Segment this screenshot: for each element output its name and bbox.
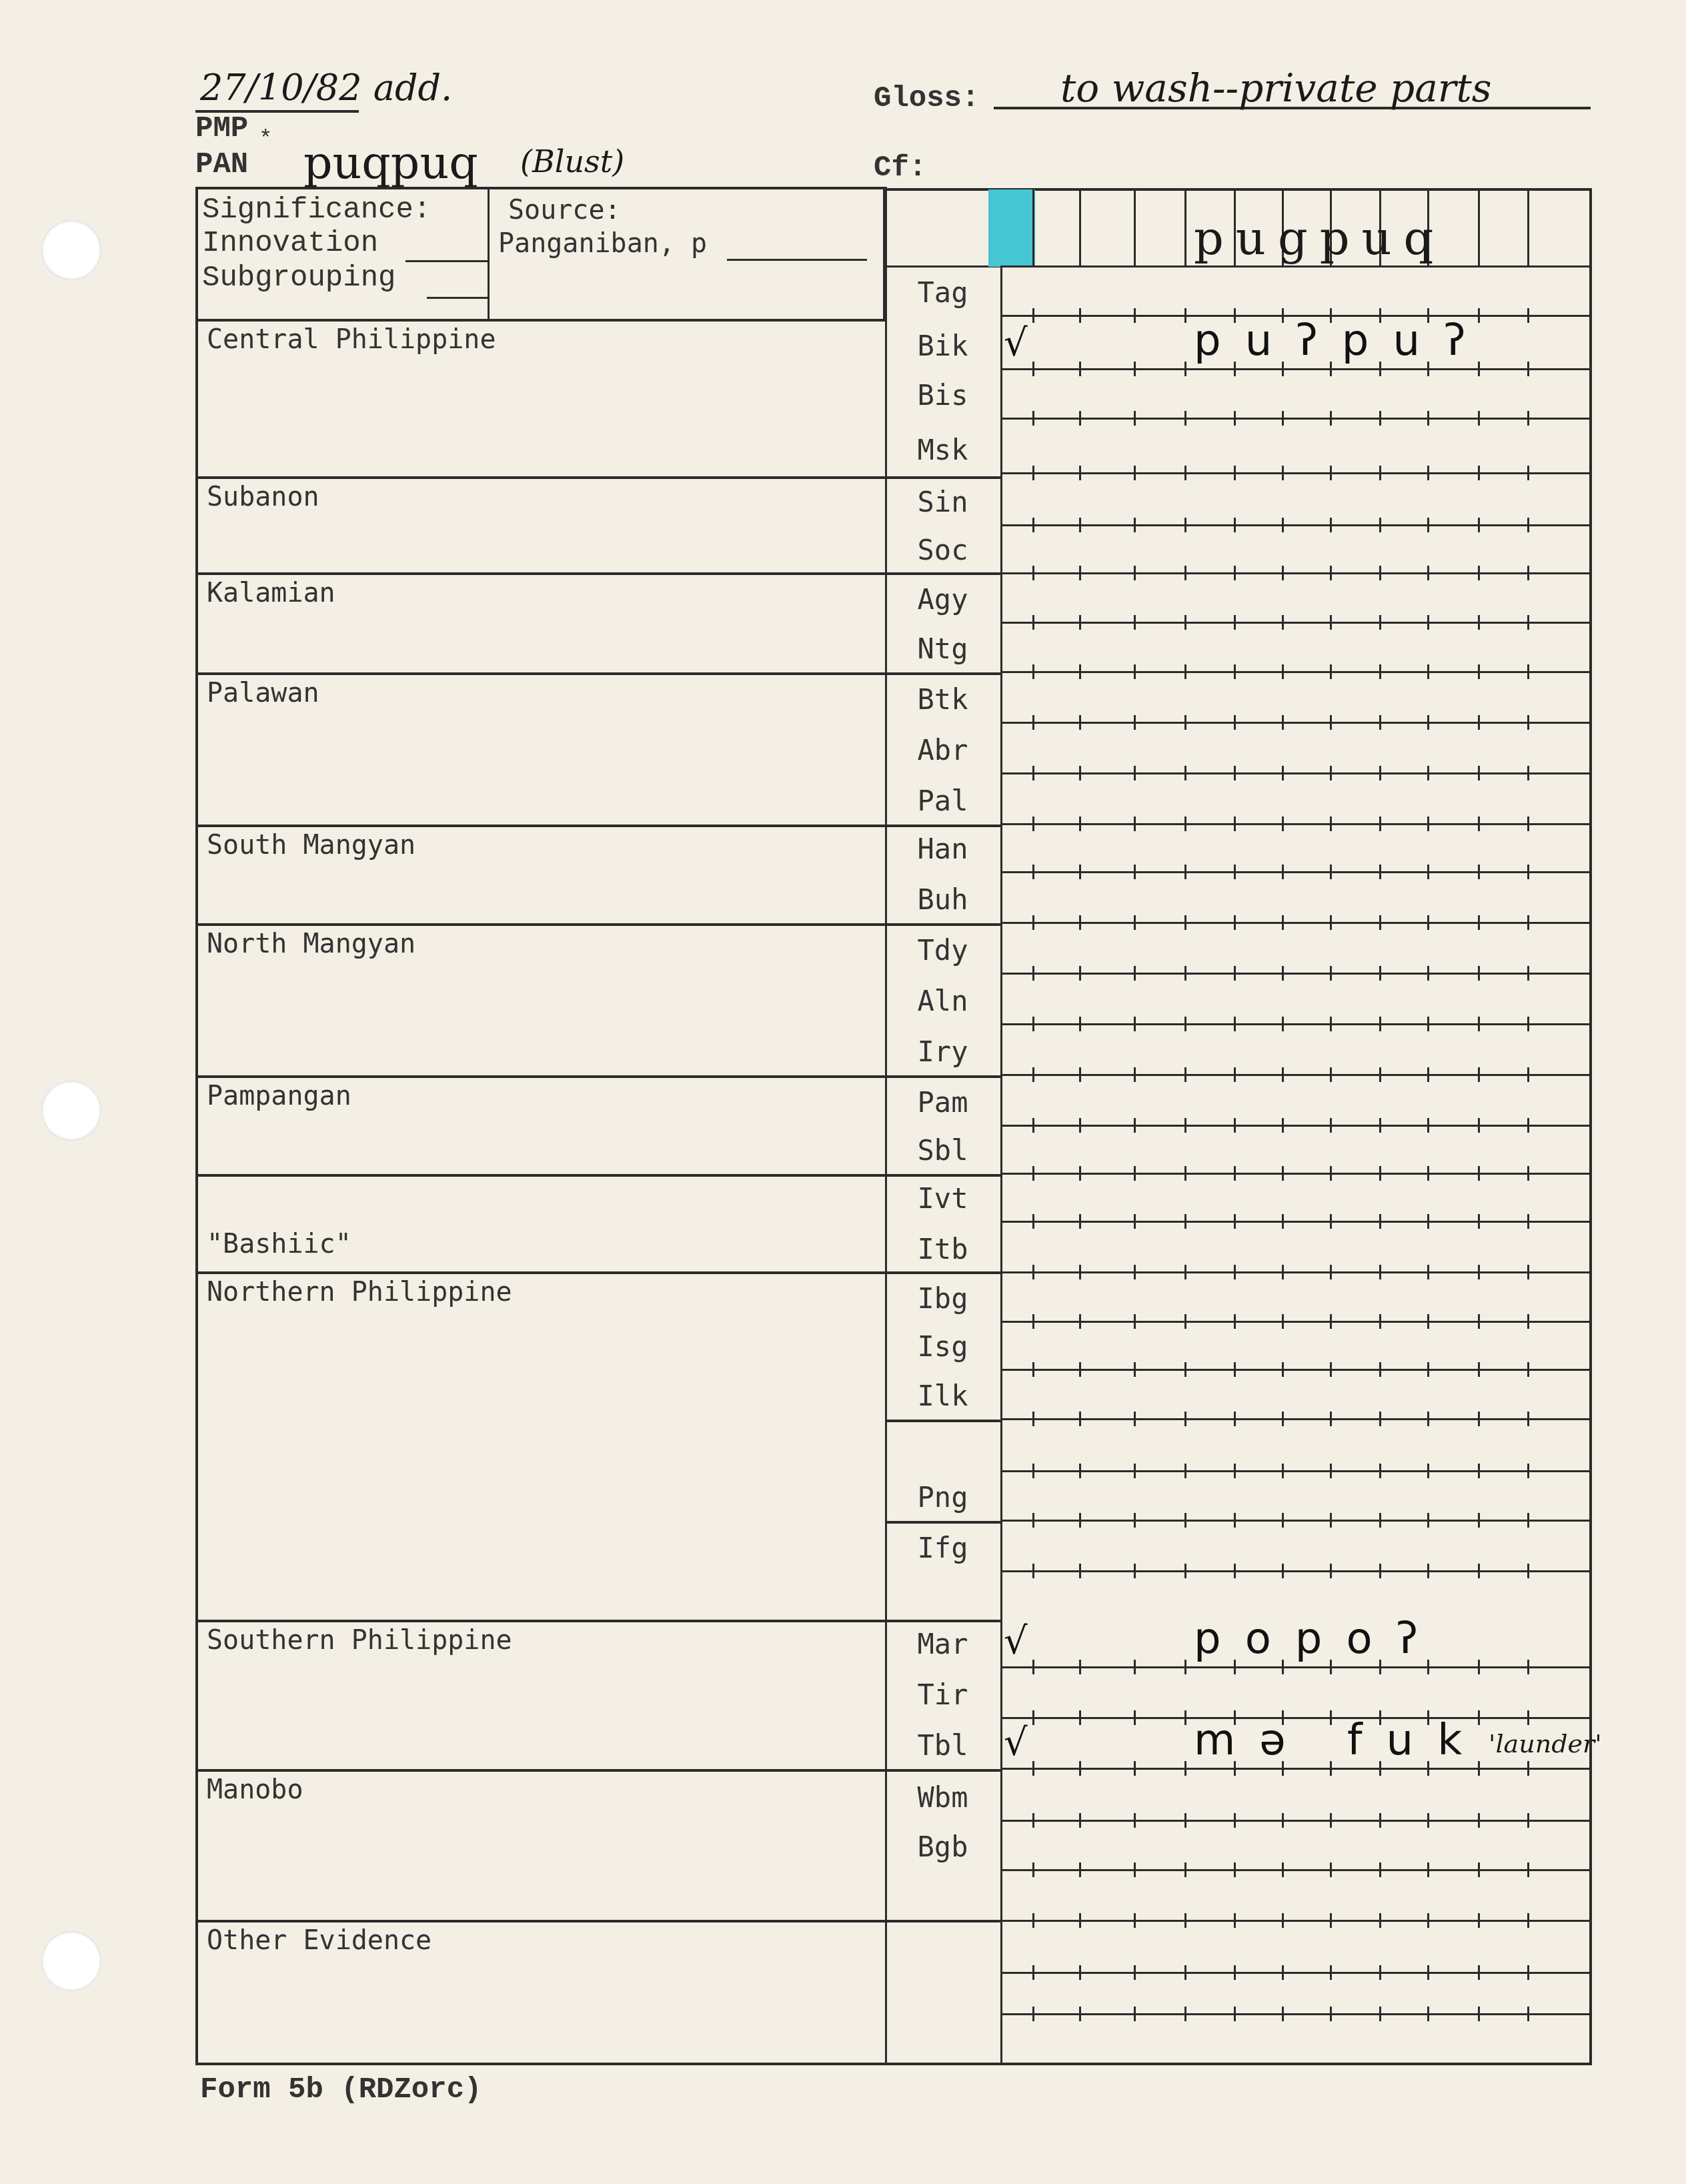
grid-tick (1184, 1862, 1186, 1877)
entry-baseline (1000, 2013, 1591, 2015)
language-code: Wbm (885, 1781, 1000, 1814)
innovation-label: Innovation (202, 227, 378, 260)
grid-tick (1184, 1913, 1186, 1928)
entry-baseline (1000, 1920, 1591, 1922)
language-code: Pam (885, 1086, 1000, 1119)
group-separator (195, 825, 1000, 827)
form-left-border (195, 187, 198, 2065)
grid-tick (1234, 1862, 1236, 1877)
grid-header-divider (1527, 189, 1529, 267)
group-label: Southern Philippine (207, 1625, 512, 1656)
subgrouping-blank[interactable] (427, 297, 488, 299)
group-separator (195, 1174, 1000, 1177)
group-separator (195, 1075, 1000, 1078)
grid-tick (1478, 1564, 1480, 1578)
grid-header-divider (1134, 189, 1136, 267)
check-mark-icon: √ (1004, 1721, 1028, 1764)
punch-hole-bottom (41, 1931, 101, 1991)
grid-tick (1379, 2007, 1381, 2021)
code-block-separator (885, 1521, 1000, 1524)
grid-tick (1478, 1862, 1480, 1877)
form-footer: Form 5b (RDZorc) (200, 2073, 482, 2107)
grid-tick (1427, 1913, 1429, 1928)
group-label: Subanon (207, 482, 319, 512)
asterisk: * (259, 127, 272, 152)
language-code: Bgb (885, 1830, 1000, 1863)
reflex-gloss: 'launder' (1489, 1729, 1602, 1758)
language-code: Aln (885, 985, 1000, 1017)
grid-tick (1427, 2007, 1429, 2021)
language-code: Btk (885, 683, 1000, 716)
language-code: Isg (885, 1330, 1000, 1363)
source-page-blank[interactable] (727, 259, 867, 261)
language-code: Mar (885, 1628, 1000, 1660)
grid-tick (1079, 2007, 1081, 2021)
grid-tick (1134, 1913, 1136, 1928)
reflex-form: popoʔ (1194, 1614, 1442, 1664)
grid-tick (1527, 1564, 1529, 1578)
group-label: South Mangyan (207, 830, 415, 861)
innovation-blank[interactable] (405, 260, 488, 262)
group-label: Palawan (207, 678, 319, 708)
grid-tick (1234, 1965, 1236, 1980)
language-code: Bik (885, 330, 1000, 362)
group-label: Kalamian (207, 578, 335, 608)
grid-tick (1282, 1862, 1284, 1877)
pan-label: PAN (195, 148, 248, 181)
language-code: Pal (885, 784, 1000, 817)
grid-tick (1234, 2007, 1236, 2021)
punch-hole-middle (41, 1081, 101, 1141)
form-top-border (195, 187, 884, 189)
grid-tick (1527, 1913, 1529, 1928)
language-code: Iry (885, 1035, 1000, 1068)
subgrouping-label: Subgrouping (202, 261, 395, 295)
gloss-value: to wash--private parts (1060, 65, 1492, 111)
grid-tick (1032, 2007, 1034, 2021)
punch-hole-top (41, 220, 101, 280)
language-row[interactable] (885, 1418, 1591, 1470)
check-mark-icon: √ (1004, 322, 1028, 365)
grid-tick (1478, 2007, 1480, 2021)
grid-tick (1379, 1965, 1381, 1980)
grid-tick (1427, 1564, 1429, 1578)
language-code: Tir (885, 1678, 1000, 1711)
group-separator (195, 923, 1000, 926)
grid-tick (1079, 1564, 1081, 1578)
group-label: Manobo (207, 1774, 303, 1805)
group-separator (195, 476, 1000, 479)
entry-baseline (1000, 472, 1591, 474)
grid-tick (1032, 1564, 1034, 1578)
grid-tick (1478, 1965, 1480, 1980)
language-code: Han (885, 833, 1000, 865)
grid-tick (1032, 1913, 1034, 1928)
grid-tick (1184, 2007, 1186, 2021)
grid-tick (1134, 2007, 1136, 2021)
grid-tick (1282, 1564, 1284, 1578)
group-separator (195, 1620, 1000, 1622)
grid-tick (1330, 2007, 1332, 2021)
entry-baseline (1000, 1972, 1591, 1974)
grid-tick (1379, 1913, 1381, 1928)
group-separator (195, 1920, 1000, 1923)
grid-header-divider (1079, 189, 1081, 267)
grid-tick (1234, 1564, 1236, 1578)
entry-baseline (1000, 1570, 1591, 1572)
language-code: Bis (885, 379, 1000, 412)
grid-header-entry: pugpuq (1194, 211, 1445, 265)
group-separator (195, 1271, 1000, 1274)
grid-tick (1427, 1965, 1429, 1980)
language-code: Itb (885, 1233, 1000, 1265)
grid-tick (1527, 1862, 1529, 1877)
date-note: 27/10/82 add. (200, 67, 452, 109)
code-block-separator (885, 1420, 1000, 1422)
group-label: "Bashiic" (207, 1229, 351, 1259)
grid-tick (1234, 1913, 1236, 1928)
group-separator (195, 672, 1000, 675)
group-label: Pampangan (207, 1081, 351, 1111)
language-code: Soc (885, 534, 1000, 566)
grid-header-divider (1184, 189, 1186, 267)
language-code: Ivt (885, 1182, 1000, 1215)
grid-tick (1032, 1965, 1034, 1980)
source-label: Source: (508, 195, 621, 225)
grid-tick (1134, 1564, 1136, 1578)
language-code: Tdy (885, 934, 1000, 967)
grid-tick (1282, 1913, 1284, 1928)
reconstruction: puqpuq (303, 137, 478, 189)
reflex-form: mə fuk (1194, 1716, 1486, 1765)
grid-tick (1330, 1564, 1332, 1578)
language-code: Tbl (885, 1729, 1000, 1762)
cf-label: Cf: (874, 151, 926, 185)
group-label: North Mangyan (207, 929, 415, 959)
grid-tick (1184, 1965, 1186, 1980)
grid-tick (1134, 1965, 1136, 1980)
grid-tick (1330, 1862, 1332, 1877)
grid-tick (1079, 1913, 1081, 1928)
grid-tick (1478, 1913, 1480, 1928)
language-code: Agy (885, 583, 1000, 616)
grid-header-divider (1032, 189, 1034, 267)
info-box-bottom (195, 319, 885, 322)
highlighted-cell (988, 189, 1035, 267)
language-code: Tag (885, 276, 1000, 309)
language-code: Ilk (885, 1380, 1000, 1412)
pmp-label: PMP (195, 112, 248, 145)
reconstruction-source: (Blust) (520, 143, 624, 179)
grid-tick (1282, 1965, 1284, 1980)
group-separator (195, 572, 1000, 575)
language-code: Ibg (885, 1282, 1000, 1315)
reflex-form: puʔpuʔ (1194, 316, 1490, 366)
grid-tick (1079, 1965, 1081, 1980)
language-code: Ifg (885, 1532, 1000, 1564)
source-value: Panganiban, p (498, 228, 707, 259)
grid-tick (1079, 1862, 1081, 1877)
language-code: Buh (885, 883, 1000, 916)
language-code: Ntg (885, 632, 1000, 665)
language-code: Abr (885, 734, 1000, 766)
significance-label: Significance: (202, 193, 431, 227)
language-code: Sbl (885, 1134, 1000, 1167)
grid-tick (1032, 1862, 1034, 1877)
grid-tick (1330, 1965, 1332, 1980)
language-code: Sin (885, 486, 1000, 518)
grid-tick (1282, 2007, 1284, 2021)
gloss-label: Gloss: (874, 82, 979, 115)
entry-baseline (1000, 1869, 1591, 1871)
group-label: Northern Philippine (207, 1277, 512, 1307)
info-divider (488, 187, 490, 320)
language-code: Msk (885, 434, 1000, 466)
code-block-separator (885, 1174, 1000, 1177)
check-mark-icon: √ (1004, 1620, 1028, 1663)
grid-tick (1527, 2007, 1529, 2021)
grid-tick (1330, 1913, 1332, 1928)
grid-tick (1427, 1862, 1429, 1877)
group-separator (195, 1769, 1000, 1772)
grid-tick (1379, 1564, 1381, 1578)
grid-header-divider (1478, 189, 1480, 267)
group-label: Central Philippine (207, 324, 496, 355)
grid-tick (1184, 1564, 1186, 1578)
grid-tick (1134, 1862, 1136, 1877)
grid-tick (1379, 1862, 1381, 1877)
group-label: Other Evidence (207, 1925, 432, 1956)
language-code: Png (885, 1481, 1000, 1514)
form-bottom-border (195, 2063, 1591, 2065)
grid-tick (1527, 1965, 1529, 1980)
